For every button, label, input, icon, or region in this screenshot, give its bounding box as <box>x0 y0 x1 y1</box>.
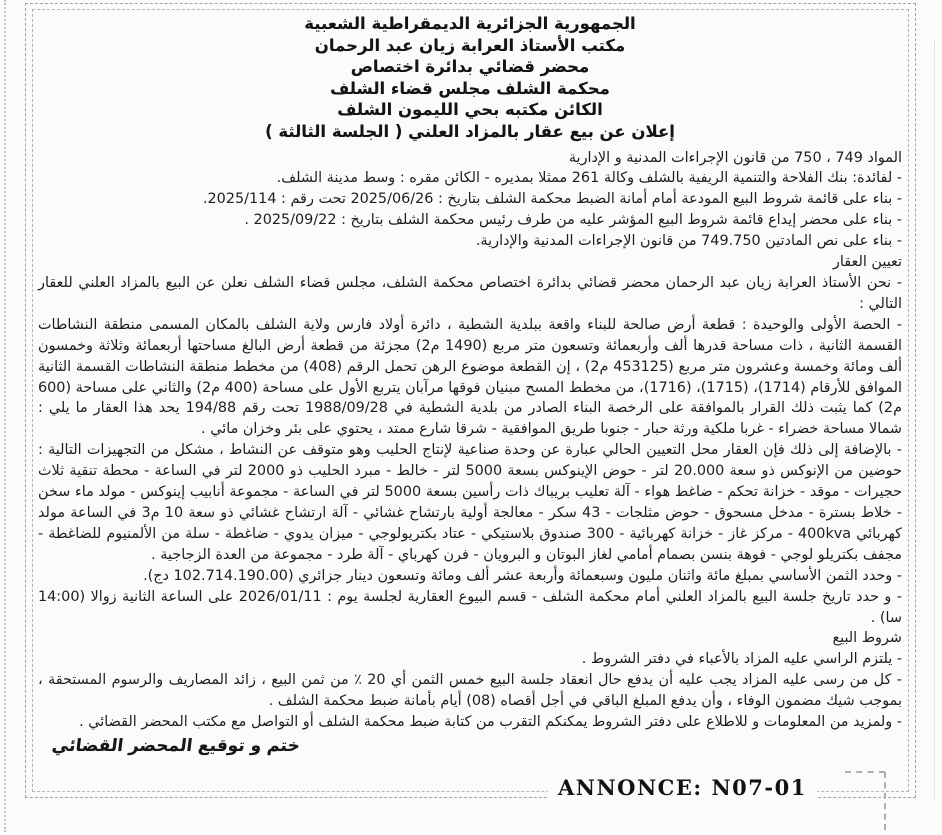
bailiff-stamp-signature-text: ختم و توقيع المحضر القضائي <box>51 736 301 756</box>
header-office-address: الكائن مكتبه بحي الليمون الشلف <box>38 99 902 121</box>
paragraph-base-price: - وحدد الثمن الأساسي بمبلغ مائة واثنان م… <box>38 566 902 587</box>
paragraph-equipment-list: - بالإضافة إلى ذلك فإن العقار محل التعيي… <box>38 440 902 565</box>
scan-corner-artifact-vertical <box>884 772 886 830</box>
scan-corner-artifact-horizontal <box>845 771 885 773</box>
header-bailiff-role: محضر قضائي بدائرة اختصاص <box>38 56 902 78</box>
paragraph-property-description: - الحصة الأولى والوحيدة : قطعة أرض صالحة… <box>38 315 902 440</box>
header-court-name: محكمة الشلف مجلس قضاء الشلف <box>38 78 902 100</box>
header-republic-title: الجمهورية الجزائرية الديمقراطية الشعبية <box>38 13 902 35</box>
scan-edge-artifact-right <box>934 40 935 800</box>
document-header: الجمهورية الجزائرية الديمقراطية الشعبية … <box>38 13 902 143</box>
document-body: المواد 749 ، 750 من قانون الإجراءات المد… <box>38 148 902 733</box>
subheading-property-designation: تعيين العقار <box>38 252 902 273</box>
paragraph-articles-reference: - بناء على نص المادتين 749.750 من قانون … <box>38 231 902 252</box>
paragraph-bailiff-declaration: - نحن الأستاذ العرابة زيان عبد الرحمان م… <box>38 273 902 315</box>
paragraph-sale-conditions-filing: - بناء على قائمة شروط البيع المودعة أمام… <box>38 189 902 210</box>
paragraph-legal-articles: المواد 749 ، 750 من قانون الإجراءات المد… <box>38 148 902 169</box>
header-office-name: مكتب الأستاذ العرابة زيان عبد الرحمان <box>38 35 902 57</box>
paragraph-beneficiary-bank: - لفائدة: بنك الفلاحة والتنمية الريفية ب… <box>38 168 902 189</box>
header-announcement-title: إعلان عن بيع عقار بالمزاد العلني ( الجلس… <box>38 121 902 143</box>
paragraph-more-information: - ولمزيد من المعلومات و للاطلاع على دفتر… <box>38 712 902 733</box>
paragraph-payment-terms: - كل من رسى عليه المزاد يجب عليه أن يدفع… <box>38 670 902 712</box>
annonce-reference: ANNONCE: N07-01 <box>548 775 817 800</box>
subheading-sale-terms: شروط البيع <box>38 628 902 649</box>
paragraph-terms-obligation: - يلتزم الراسي عليه المزاد بالأعباء في د… <box>38 649 902 670</box>
document-content: الجمهورية الجزائرية الديمقراطية الشعبية … <box>38 13 902 756</box>
paragraph-auction-date: - و حدد تاريخ جلسة البيع بالمزاد العلني … <box>38 587 902 629</box>
signature-line: ختم و توقيع المحضر القضائي <box>38 736 902 756</box>
paragraph-deposit-record: - بناء على محضر إيداع قائمة شروط البيع ا… <box>38 210 902 231</box>
scan-edge-artifact-left <box>4 0 6 832</box>
